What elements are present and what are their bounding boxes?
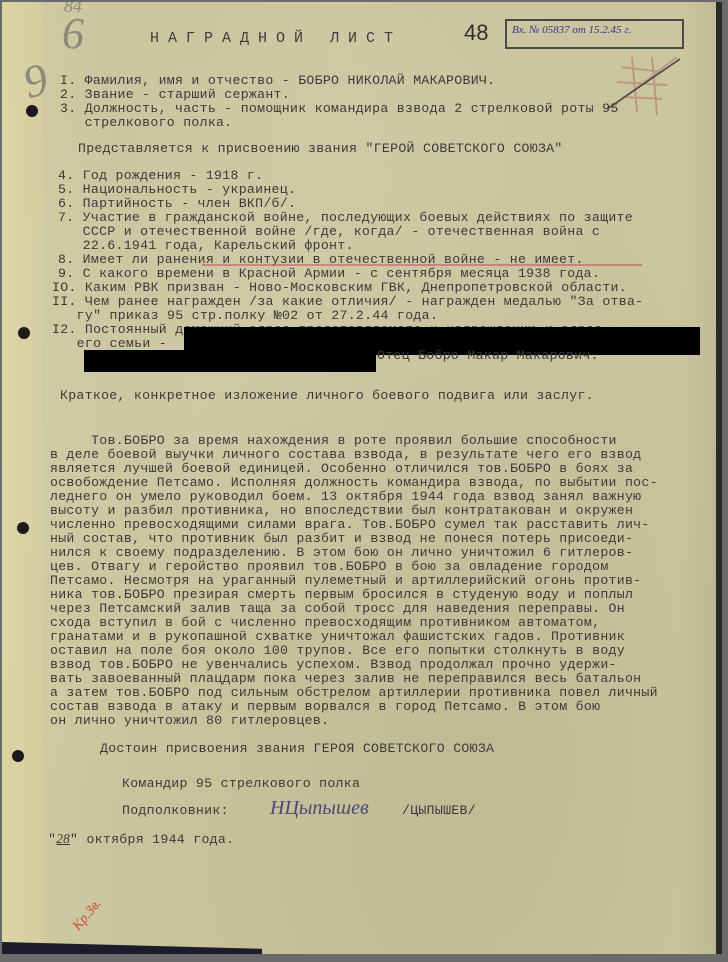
body-line: Тов.БОБРО за время нахождения в роте про… (50, 434, 617, 448)
punch-hole (17, 522, 29, 534)
conclusion-line: Достоин присвоения звания ГЕРОЯ СОВЕТСКО… (100, 742, 494, 756)
punch-hole (18, 327, 30, 339)
body-line: в деле боевой выучки личного состава взв… (50, 448, 641, 462)
body-line: взвод тов.БОБРО не увенчались успехом. В… (50, 658, 617, 672)
redaction-bar (84, 350, 376, 372)
body-line: освобождение Петсамо. Исполняя должность… (50, 476, 658, 490)
field-army-since: 9. С какого времени в Красной Армии - с … (58, 267, 600, 281)
field-prior-awards-2: гу" приказ 95 стр.полку №02 от 27.2.44 г… (52, 309, 438, 323)
body-line: он лично уничтожил 80 гитлеровцев. (50, 714, 329, 728)
registry-stamp: Вх. № 05837 от 15.2.45 г. (512, 24, 631, 36)
body-line: леднего он умело руководил боем. 13 октя… (50, 490, 641, 504)
body-line: цев. Отвагу и геройство проявил тов.БОБР… (50, 560, 609, 574)
page-edge-shadow (716, 2, 722, 954)
body-line: оставил на поле боя около 100 трупов. Вс… (50, 644, 625, 658)
field-draft-office: IO. Каким РВК призван - Ново-Московским … (52, 281, 627, 295)
field-position-cont: стрелкового полка. (60, 116, 233, 130)
body-line: численно превосходящими силами врага. То… (50, 518, 650, 532)
body-line: ный состав, что противник был разбит и в… (50, 532, 633, 546)
body-line: ника тов.БОБРО презирая смерть первым бр… (50, 588, 633, 602)
summary-heading: Краткое, конкретное изложение личного бо… (60, 389, 594, 403)
field-party: 6. Партийность - член ВКП/б/. (58, 197, 296, 211)
left-margin-strip (2, 2, 42, 954)
nomination-line: Представляется к присвоению звания "ГЕРО… (78, 142, 563, 156)
signature: НЦыпышев (270, 797, 369, 820)
punch-hole (12, 750, 24, 762)
field-prior-awards: II. Чем ранее награжден /за какие отличи… (52, 295, 643, 309)
signatory-rank: Подполковник: (122, 804, 229, 818)
date-day: 28 (56, 831, 70, 846)
field-position: 3. Должность, часть - помощник командира… (60, 102, 619, 116)
body-line: Петсамо. Несмотря на ураганный пулеметны… (50, 574, 641, 588)
award-sheet: 84 6 9 НАГРАДНОЙ ЛИСТ 48 Вх. № 05837 от … (2, 2, 722, 954)
body-line: нился к своему подразделению. В этом бою… (50, 546, 633, 560)
field-war-participation-2: СССР и отечественной войне /где, когда/ … (58, 225, 600, 239)
red-pencil-note: Кр.Зв. (70, 896, 106, 934)
field-war-participation-3: 22.6.1941 года, Карельский фронт. (58, 239, 354, 253)
field-war-participation: 7. Участие в гражданской войне, последую… (58, 211, 633, 225)
pencil-mark-6: 6 (62, 8, 84, 59)
field-birth-year: 4. Год рождения - 1918 г. (58, 169, 263, 183)
body-line: а затем тов.БОБРО под сильным обстрелом … (50, 686, 658, 700)
body-line: схода вступил в бой с численно превосход… (50, 616, 600, 630)
document-title: НАГРАДНОЙ ЛИСТ (150, 32, 402, 46)
field-name: I. Фамилия, имя и отчество - БОБРО НИКОЛ… (60, 74, 495, 88)
body-line: является лучшей боевой единицей. Особенн… (50, 462, 633, 476)
date-line: "28" октября 1944 года. (48, 832, 234, 847)
body-line: вать завоеванный плацдарм пока через зал… (50, 672, 641, 686)
signatory-title: Командир 95 стрелкового полка (122, 777, 360, 791)
date-rest: октября 1944 года. (78, 832, 234, 847)
body-line: гранатами и в рукопашной схватке уничтож… (50, 630, 625, 644)
page-bottom-shadow (2, 942, 262, 954)
page-number: 48 (464, 20, 488, 46)
punch-hole (26, 105, 38, 117)
family-line: Отец Бобро Макар Макарович. (377, 349, 599, 363)
body-line: состав взвода в атаку и первым ворвался … (50, 700, 600, 714)
body-line: через Петсамский залив таща за собой тро… (50, 602, 625, 616)
field-address-2: его семьи - (52, 337, 167, 351)
field-nationality: 5. Национальность - украинец. (58, 183, 296, 197)
field-rank: 2. Звание - старший сержант. (60, 88, 290, 102)
signatory-name: /ЦЫПЫШЕВ/ (402, 804, 476, 818)
body-line: высоту и разбил противника, но впоследст… (50, 504, 633, 518)
